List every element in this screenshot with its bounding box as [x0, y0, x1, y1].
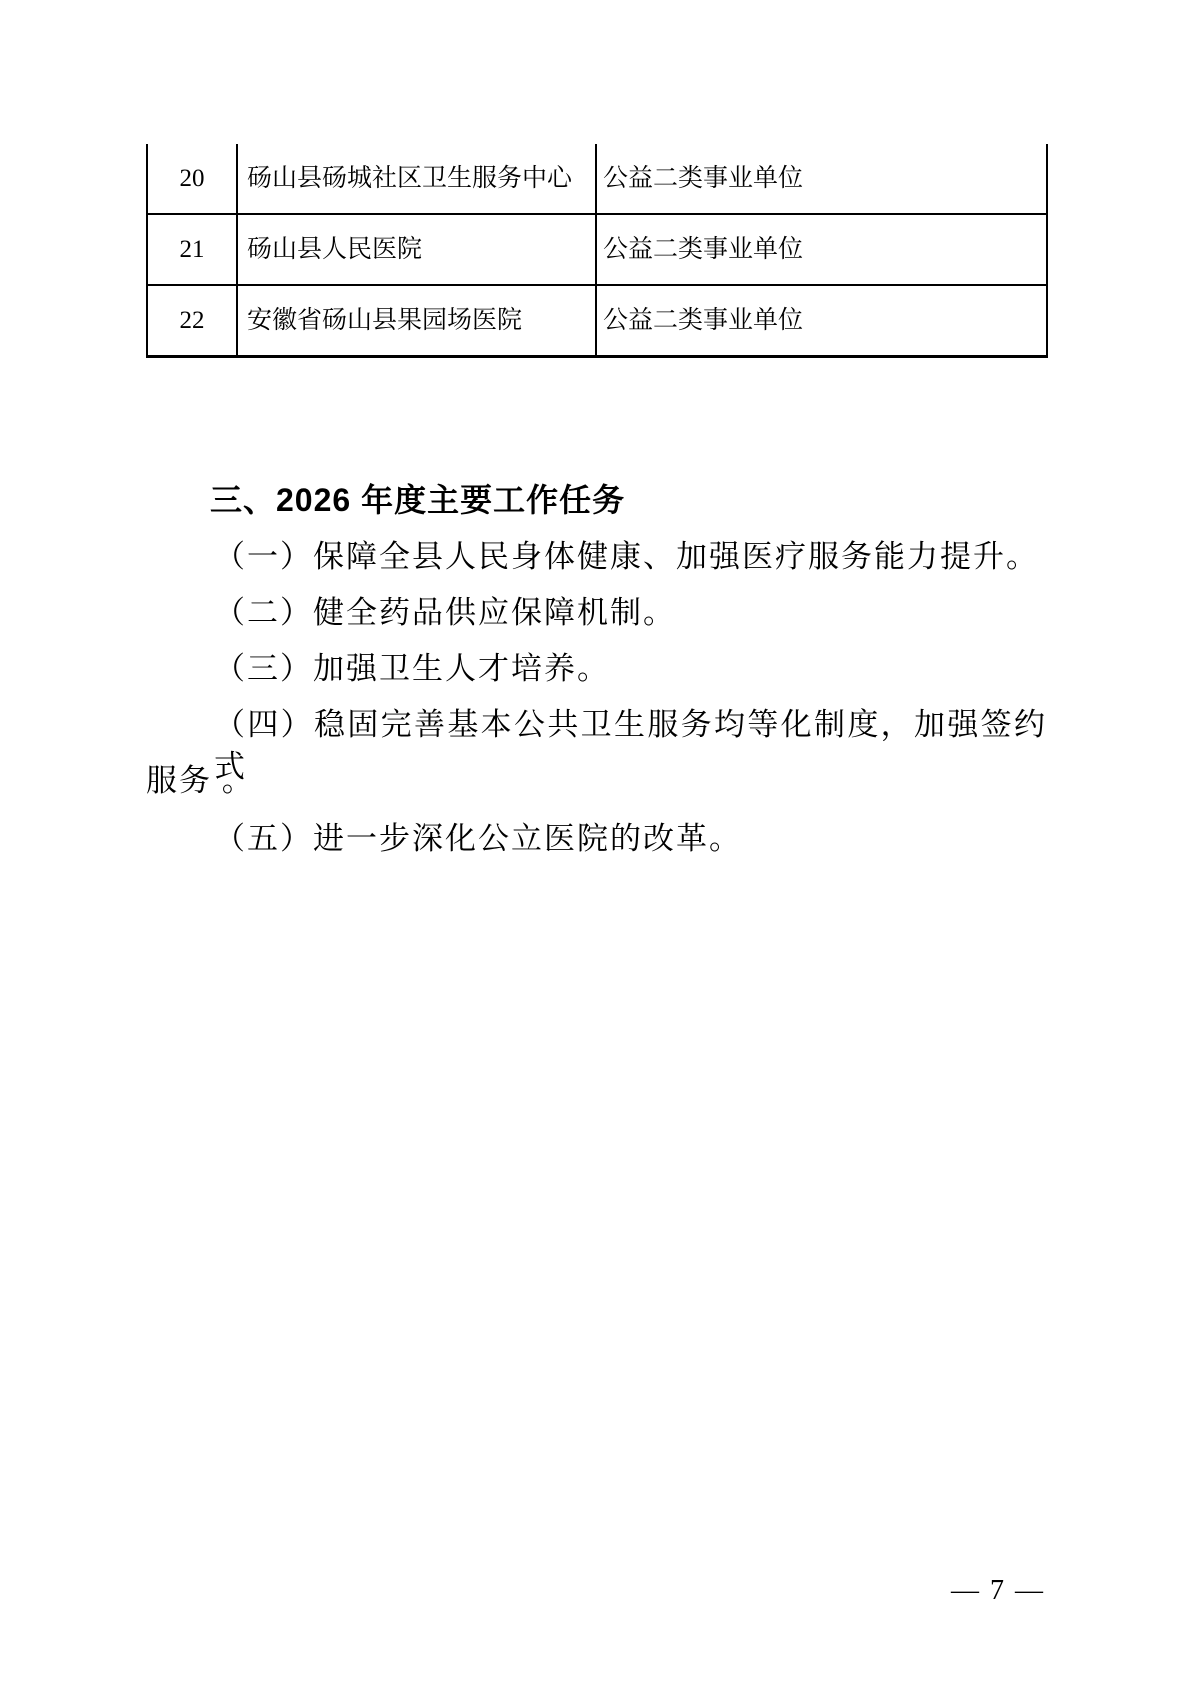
task-line-4: （四）稳固完善基本公共卫生服务均等化制度，加强签约式 [214, 704, 1047, 788]
unit-name-cell: 砀山县人民医院 [237, 214, 596, 285]
table-row: 21 砀山县人民医院 公益二类事业单位 [147, 214, 1047, 285]
task-line-1: （一）保障全县人民身体健康、加强医疗服务能力提升。 [214, 536, 1039, 578]
table-row: 22 安徽省砀山县果园场医院 公益二类事业单位 [147, 285, 1047, 357]
row-number-cell: 21 [147, 214, 237, 285]
unit-classification-table: 20 砀山县砀城社区卫生服务中心 公益二类事业单位 21 砀山县人民医院 公益二… [146, 144, 1048, 358]
task-line-3: （三）加强卫生人才培养。 [214, 648, 610, 690]
unit-type-cell: 公益二类事业单位 [596, 144, 1047, 214]
unit-type-cell: 公益二类事业单位 [596, 214, 1047, 285]
task-line-4-continuation: 服务 。 [146, 760, 255, 802]
section-heading: 三、2026 年度主要工作任务 [210, 479, 625, 521]
table-row: 20 砀山县砀城社区卫生服务中心 公益二类事业单位 [147, 144, 1047, 214]
task-line-2: （二）健全药品供应保障机制。 [214, 592, 676, 634]
row-number-cell: 20 [147, 144, 237, 214]
document-page: 20 砀山县砀城社区卫生服务中心 公益二类事业单位 21 砀山县人民医院 公益二… [0, 0, 1190, 1683]
row-number-cell: 22 [147, 285, 237, 357]
task-line-5: （五）进一步深化公立医院的改革。 [214, 818, 742, 860]
unit-type-cell: 公益二类事业单位 [596, 285, 1047, 357]
unit-name-cell: 安徽省砀山县果园场医院 [237, 285, 596, 357]
unit-name-cell: 砀山县砀城社区卫生服务中心 [237, 144, 596, 214]
page-number: — 7 — [917, 1574, 1079, 1608]
